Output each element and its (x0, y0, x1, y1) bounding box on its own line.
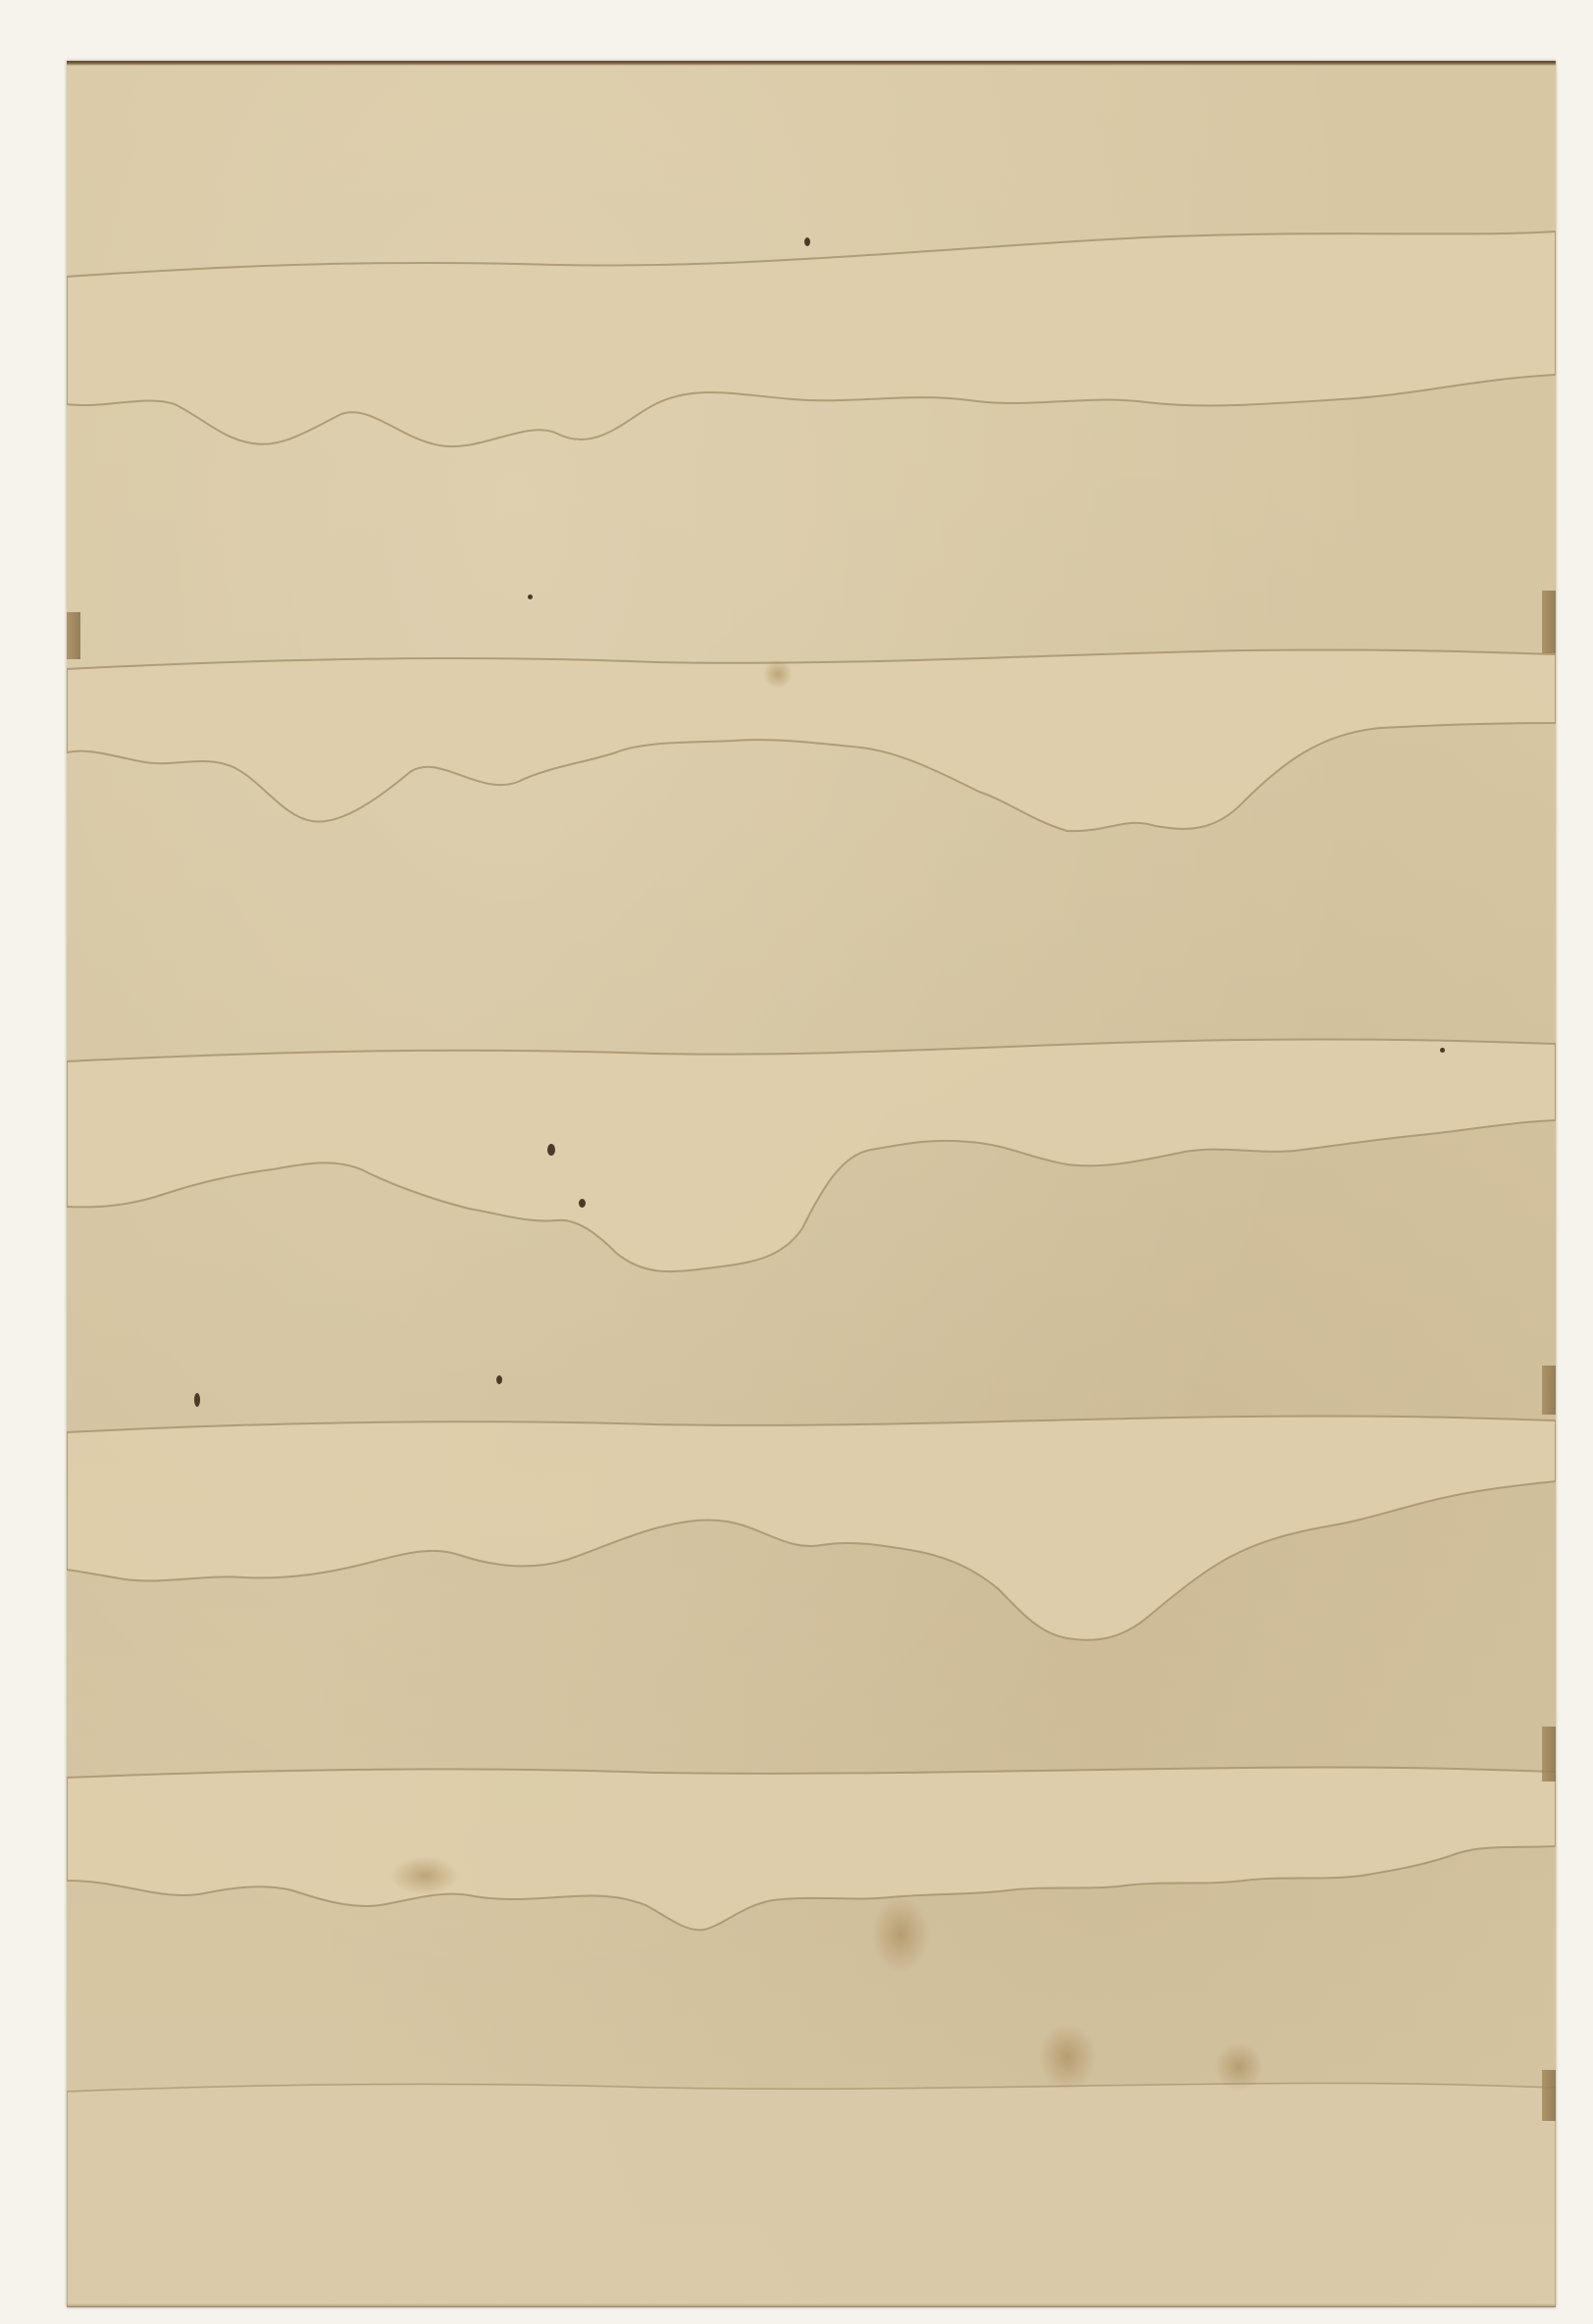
edge-stain-mark (1542, 1366, 1556, 1415)
paper-speck (194, 1393, 200, 1407)
water-stain-band (67, 2062, 1556, 2307)
stain-blot (1214, 2042, 1263, 2092)
water-stain-band (67, 576, 1556, 860)
edge-stain-mark (1542, 2070, 1556, 2121)
paper-speck (528, 594, 533, 599)
stain-blot (1038, 2023, 1097, 2092)
paper-speck (496, 1375, 502, 1384)
paper-speck (547, 1144, 555, 1156)
water-stain-band (67, 1354, 1556, 1668)
stain-blot (871, 1895, 930, 1974)
water-stain-band (67, 208, 1556, 463)
paper-torn-top-edge (67, 61, 1556, 66)
stain-blot (390, 1856, 459, 1895)
water-stain-band (67, 1719, 1556, 1935)
paper-speck (804, 237, 810, 246)
paper-speck (579, 1199, 586, 1208)
aged-paper-sheet (67, 61, 1556, 2307)
scanner-background (0, 0, 1593, 2324)
paper-speck (1440, 1048, 1445, 1053)
water-stain-band (67, 973, 1556, 1297)
edge-stain-mark (1542, 1727, 1556, 1782)
edge-stain-mark (1542, 591, 1556, 653)
edge-stain-mark (67, 612, 80, 659)
stain-blot (763, 659, 793, 689)
paper-bottom-edge (67, 2303, 1556, 2307)
